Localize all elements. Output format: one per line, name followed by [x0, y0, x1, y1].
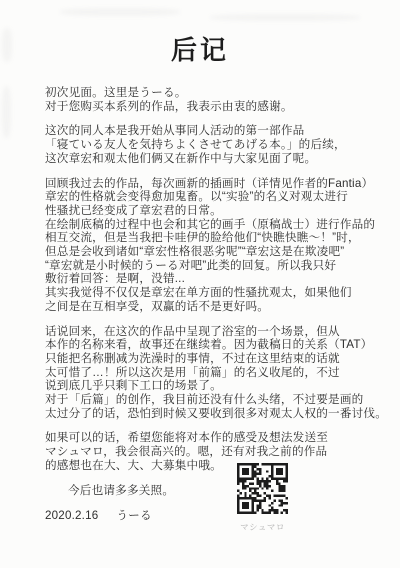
author-name: うーる — [116, 509, 151, 522]
text-line: “章宏就是小时候的うーる对吧”此类的回复。所以我只好 — [45, 259, 385, 273]
scan-smudge — [2, 86, 11, 138]
text-line: 在绘制底稿的过程中也会和其它的画手（原稿战士）进行作品的 — [45, 218, 385, 232]
scan-smudge — [60, 8, 180, 16]
text-line: 说到底几乎只剩下工口的场景了。 — [45, 379, 385, 393]
paragraph-series-intro: 这次的同人本是我开始从事同人活动的第一部作品 「寝ている友人を気持ちよくさせてあ… — [45, 124, 385, 165]
text-line: 但总是会收到诸如“章宏性格很恶劣呢”“章宏这是在欺凌吧” — [45, 245, 385, 259]
text-line: マシュマロ，我会很高兴的。嗯，还有对我之前的作品 — [45, 445, 385, 459]
date-line: 2020.2.16うーる — [45, 509, 385, 523]
text-line: 其实我觉得不仅仅是章宏在单方面的性骚扰观太，如果他们 — [45, 286, 385, 300]
text-line: 相互交流，但是当我把卡哇伊的脸给他们“快瞧快瞧～！”时， — [45, 231, 385, 245]
text-line: 对于「后篇」的创作，我目前还没有什么头绪，不过要是画的 — [45, 393, 385, 407]
text-line: 太过分了的话，恐怕到时候又要收到很多对观太人权的一番讨伐。 — [45, 407, 385, 421]
text-line: 话说回来，在这次的作品中呈现了浴室的一个场景，但从 — [45, 325, 385, 339]
text-line: 对于您购买本系列的作品，我表示由衷的感谢。 — [45, 100, 385, 114]
closing-line: 今后也请多多关照。 — [68, 484, 385, 498]
qr-code — [237, 463, 288, 514]
text-line: 敷衍着回答：是啊，没错... — [45, 272, 385, 286]
scan-smudge — [210, 14, 360, 21]
text-line: 之间是在互相享受，双赢的话不是更好吗。 — [45, 300, 385, 314]
text-line: 本作的名称来看，故事还在继续着。因为截稿日的关系（TAT） — [45, 338, 385, 352]
text-line: 这次章宏和观太他们俩又在新作中与大家见面了呢。 — [45, 152, 385, 166]
text-line: 太可惜了…！所以这次是用「前篇」的名义收尾的，不过 — [45, 366, 385, 380]
text-line: 「寝ている友人を気持ちよくさせてあげる本。」的后续， — [45, 138, 385, 152]
paragraph-character-notes: 回顾我过去的作品，每次画新的插画时（详情见作者的Fantia） 章宏的性格就会变… — [45, 177, 385, 314]
text-line: 初次见面。这里是うーる。 — [45, 86, 385, 100]
qr-block: マシュマロ — [237, 463, 288, 533]
text-line: 这次的同人本是我开始从事同人活动的第一部作品 — [45, 124, 385, 138]
date: 2020.2.16 — [45, 509, 98, 522]
paragraph-greeting: 初次见面。这里是うーる。 对于您购买本系列的作品，我表示由衷的感谢。 — [45, 86, 385, 113]
text-line: 回顾我过去的作品，每次画新的插画时（详情见作者的Fantia） — [45, 177, 385, 191]
text-line: 性骚扰已经变成了章宏君的日常。 — [45, 204, 385, 218]
page-title: 后记 — [0, 30, 400, 67]
afterword-page: 后记 初次见面。这里是うーる。 对于您购买本系列的作品，我表示由衷的感谢。 这次… — [0, 0, 400, 568]
text-line: 如果可以的话，希望您能将对本作的感受及想法发送至 — [45, 431, 385, 445]
afterword-body: 初次见面。这里是うーる。 对于您购买本系列的作品，我表示由衷的感谢。 这次的同人… — [45, 86, 385, 523]
text-line: 的感想也在大、大、大募集中哦。 — [45, 459, 385, 473]
paragraph-story-notes: 话说回来，在这次的作品中呈现了浴室的一个场景，但从 本作的名称来看，故事还在继续… — [45, 325, 385, 421]
text-line: 只能把名称删减为洗澡时的事情，不过在这里结束的话就 — [45, 352, 385, 366]
qr-caption: マシュマロ — [237, 521, 288, 533]
text-line: 章宏的性格就会变得愈加鬼畜。以“实验”的名义对观太进行 — [45, 190, 385, 204]
paragraph-feedback-request: 如果可以的话，希望您能将对本作的感受及想法发送至 マシュマロ，我会很高兴的。嗯，… — [45, 431, 385, 472]
